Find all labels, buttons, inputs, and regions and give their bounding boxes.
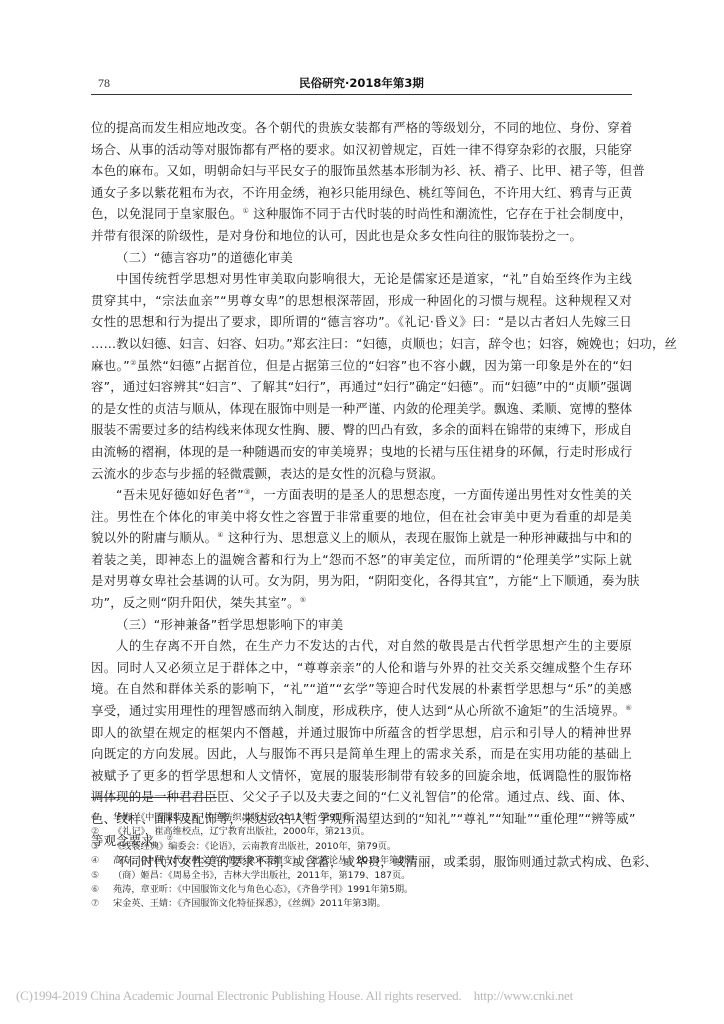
text-line: 中国传统哲学思想对男性审美取向影响很大，无论是儒家还是道家，“礼”自始至终作为主… — [91, 268, 632, 290]
line-text: 并带有很深的阶级性，是对身份和地位的认可，因此也是众多女性向往的服饰装扮之一。 — [91, 228, 582, 243]
line-text: 人的生存离不开自然，在生产力不发达的古代，对自然的敬畏是古代哲学思想产生的主要原 — [116, 638, 632, 653]
line-text: 功”，反之则“阴升阳伏，桀失其室”。 — [91, 595, 300, 610]
line-text: 因。同时人又必须立足于群体之中，“尊尊亲亲”的人伦和谐与外界的社交关系交缠成整个… — [91, 660, 632, 675]
footnote-item: ④高方：《中国古代叙事文学女性形象审美嬗变》，《北方论丛》2013年第2期。 — [91, 854, 632, 868]
footnote-marker: ⑦ — [91, 897, 113, 911]
text-line: 服装不需要过多的结构线来体现女性胸、腰、臀的凹凸有致，多余的面料在锦带的束缚下，… — [91, 419, 632, 441]
footnote-text: 华梅：《中国服装史》，中国纺织出版社，2012年，第91页。 — [113, 812, 359, 823]
text-line: 注。男性在个体化的审美中将女性之容置于非常重要的地位，但在社会审美中更为看重的却… — [91, 506, 632, 528]
footnote-reference[interactable]: ⑥ — [626, 704, 632, 712]
text-line: 场合、从事的活动等对服饰都有严格的要求。如汉初曾规定，百姓一律不得穿杂彩的衣服，… — [91, 139, 632, 161]
line-text: 享受，通过实用理性的理智感而纳入制度，形成秩序，使人达到“从心所欲不逾矩”的生活… — [91, 703, 626, 718]
line-text: 的是女性的贞洁与顺从，体现在服饰中则是一种严谨、内敛的伦理美学。飘逸、柔顺、宽博… — [91, 401, 632, 416]
text-line: 人的生存离不开自然，在生产力不发达的古代，对自然的敬畏是古代哲学思想产生的主要原 — [91, 635, 632, 657]
line-text: （二）“德言容功”的道德化审美 — [116, 250, 293, 265]
line-text: 由流畅的褶裥，体现的是一种随遇而安的审美境界；曳地的长裙与压住裙身的环佩，行走时… — [91, 444, 632, 459]
line-text: 麻也。” — [91, 358, 130, 373]
footnote-divider — [91, 797, 217, 798]
text-line: 的是女性的贞洁与顺从，体现在服饰中则是一种严谨、内敛的伦理美学。飘逸、柔顺、宽博… — [91, 398, 632, 420]
line-text: 贯穿其中，“宗法血亲”“男尊女卑”的思想根深蒂固，形成一种固化的习惯与规程。这种… — [91, 293, 632, 308]
line-text: 境。在自然和群体关系的影响下，“礼”“道”“玄学”等迎合时代发展的朴素哲学思想与… — [91, 681, 632, 696]
text-line: 容”，通过妇容辨其“妇言”、了解其“妇行”，再通过“妇行”确定“妇德”。而“妇德… — [91, 376, 632, 398]
footnote-item: ③《线装经典》编委会：《论语》，云南教育出版社，2010年，第79页。 — [91, 840, 632, 854]
text-line: 享受，通过实用理性的理智感而纳入制度，形成秩序，使人达到“从心所欲不逾矩”的生活… — [91, 700, 632, 722]
footnote-marker: ④ — [91, 854, 113, 868]
text-line: 着装之美，即神态上的温婉含蓄和行为上“怨而不怒”的审美定位，而所谓的“伦理美学”… — [91, 549, 632, 571]
article-body: 位的提高而发生相应地改变。各个朝代的贵族女装都有严格的等级划分，不同的地位、身份… — [91, 117, 632, 873]
line-text: 通女子多以紫花粗布为衣，不许用金绣，袍衫只能用绿色、桃红等间色，不许用大红、鸦青… — [91, 185, 632, 200]
footnote-marker: ② — [91, 825, 113, 839]
text-line: 女性的思想和行为提出了要求，即所谓的“德言容功”。《礼记·昏义》曰：“是以古者妇… — [91, 311, 632, 333]
footnote-reference[interactable]: ③ — [244, 488, 251, 496]
footnote-reference[interactable]: ② — [130, 359, 137, 367]
text-line: 通女子多以紫花粗布为衣，不许用金绣，袍衫只能用绿色、桃红等间色，不许用大红、鸦青… — [91, 182, 632, 204]
text-line: 麻也。”②虽然“妇德”占据首位，但是占据第三位的“妇容”也不容小觑，因为第一印象… — [91, 355, 632, 377]
footnotes: ①华梅：《中国服装史》，中国纺织出版社，2012年，第91页。②《礼记》，崔高维… — [91, 811, 632, 912]
line-text: 虽然“妇德”占据首位，但是占据第三位的“妇容”也不容小觑，因为第一印象是外在的“… — [137, 358, 632, 373]
footnote-text: 高方：《中国古代叙事文学女性形象审美嬗变》，《北方论丛》2013年第2期。 — [113, 855, 422, 866]
line-text: （三）“形神兼备”哲学思想影响下的审美 — [116, 617, 343, 632]
footnote-item: ②《礼记》，崔高维校点，辽宁教育出版社，2000年，第213页。 — [91, 825, 632, 839]
line-text: 容”，通过妇容辨其“妇言”、了解其“妇行”，再通过“妇行”确定“妇德”。而“妇德… — [91, 379, 632, 394]
footnote-item: ⑦宋金英、王婧：《齐国服饰文化特征探悉》，《丝绸》2011年第3期。 — [91, 897, 632, 911]
text-line: 被赋予了更多的哲学思想和人文情怀，宽展的服装形制带有较多的回旋余地，低调隐性的服… — [91, 765, 632, 787]
footnote-marker: ⑤ — [91, 869, 113, 883]
text-line: 色，以免混同于皇家服色。① 这种服饰不同于古代时装的时尚性和潮流性，它存在于社会… — [91, 203, 632, 225]
line-text: 中国传统哲学思想对男性审美取向影响很大，无论是儒家还是道家，“礼”自始至终作为主… — [116, 271, 632, 286]
line-text: 被赋予了更多的哲学思想和人文情怀，宽展的服装形制带有较多的回旋余地，低调隐性的服… — [91, 768, 632, 783]
section-heading: （三）“形神兼备”哲学思想影响下的审美 — [91, 614, 632, 636]
line-text: 貌以外的附庸与顺从。 — [91, 530, 217, 545]
footnote-item: ①华梅：《中国服装史》，中国纺织出版社，2012年，第91页。 — [91, 811, 632, 825]
text-line: 功”，反之则“阴升阳伏，桀失其室”。⑤ — [91, 592, 632, 614]
line-text: 云流水的步态与步摇的轻微震颤，表达的是女性的沉稳与贤淑。 — [91, 466, 444, 481]
text-line: 位的提高而发生相应地改变。各个朝代的贵族女装都有严格的等级划分，不同的地位、身份… — [91, 117, 632, 139]
footnote-reference[interactable]: ⑤ — [300, 596, 306, 604]
line-text: 女性的思想和行为提出了要求，即所谓的“德言容功”。《礼记·昏义》曰：“是以古者妇… — [91, 314, 632, 329]
journal-title: 民俗研究·2018年第3期 — [91, 75, 632, 91]
line-text: ，一方面表明的是圣人的思想态度，一方面传递出男性对女性美的关 — [251, 487, 632, 502]
line-text: ……教以妇德、妇言、妇容、妇功。”郑玄注曰：“妇德，贞顺也；妇言，辞令也；妇容，… — [91, 336, 677, 351]
footnote-marker: ③ — [91, 840, 113, 854]
line-text: 向既定的方向发展。因此，人与服饰不再只是简单生理上的需求关系，而是在实用功能的基… — [91, 746, 632, 761]
text-line: 本色的麻布。又如，明朝命妇与平民女子的服饰虽然基本形制为衫、袄、褙子、比甲、裙子… — [91, 160, 632, 182]
text-line: ……教以妇德、妇言、妇容、妇功。”郑玄注曰：“妇德，贞顺也；妇言，辞令也；妇容，… — [91, 333, 632, 355]
line-text: 是对男尊女卑社会基调的认可。女为阴，男为阳，“阴阳变化，各得其宜”，方能“上下顺… — [91, 573, 640, 588]
text-line: 貌以外的附庸与顺从。④ 这种行为、思想意义上的顺从，表现在服饰上就是一种形神藏拙… — [91, 527, 632, 549]
text-line: 境。在自然和群体关系的影响下，“礼”“道”“玄学”等迎合时代发展的朴素哲学思想与… — [91, 678, 632, 700]
line-text: 注。男性在个体化的审美中将女性之容置于非常重要的地位，但在社会审美中更为看重的却… — [91, 509, 632, 524]
footnote-item: ⑤（商）姬昌：《周易全书》，吉林大学出版社，2011年，第179、187页。 — [91, 869, 632, 883]
text-line: 即人的欲望在规定的框架内不僭越，并通过服饰中所蕴含的哲学思想，启示和引导人的精神… — [91, 722, 632, 744]
footnote-marker: ① — [91, 811, 113, 825]
footnote-text: 苑涛，章亚昕：《中国服饰文化与角色心态》，《齐鲁学刊》1991年第5期。 — [113, 884, 413, 895]
line-text: 这种服饰不同于古代时装的时尚性和潮流性，它存在于社会制度中， — [249, 206, 632, 221]
copyright-notice: (C)1994-2019 China Academic Journal Elec… — [16, 988, 573, 1004]
line-text: “吾未见好德如好色者” — [116, 487, 244, 502]
text-line: 云流水的步态与步摇的轻微震颤，表达的是女性的沉稳与贤淑。 — [91, 463, 632, 485]
text-line: 贯穿其中，“宗法血亲”“男尊女卑”的思想根深蒂固，形成一种固化的习惯与规程。这种… — [91, 290, 632, 312]
text-line: 向既定的方向发展。因此，人与服饰不再只是简单生理上的需求关系，而是在实用功能的基… — [91, 743, 632, 765]
line-text: 位的提高而发生相应地改变。各个朝代的贵族女装都有严格的等级划分，不同的地位、身份… — [91, 120, 632, 135]
line-text: 服装不需要过多的结构线来体现女性胸、腰、臀的凹凸有致，多余的面料在锦带的束缚下，… — [91, 422, 632, 437]
text-line: 并带有很深的阶级性，是对身份和地位的认可，因此也是众多女性向往的服饰装扮之一。 — [91, 225, 632, 247]
line-text: 场合、从事的活动等对服饰都有严格的要求。如汉初曾规定，百姓一律不得穿杂彩的衣服，… — [91, 142, 632, 157]
line-text: 本色的麻布。又如，明朝命妇与平民女子的服饰虽然基本形制为衫、袄、褙子、比甲、裙子… — [91, 163, 645, 178]
line-text: 即人的欲望在规定的框架内不僭越，并通过服饰中所蕴含的哲学思想，启示和引导人的精神… — [91, 725, 632, 740]
footnote-text: （商）姬昌：《周易全书》，吉林大学出版社，2011年，第179、187页。 — [113, 870, 410, 881]
running-header: 78 民俗研究·2018年第3期 — [91, 72, 632, 95]
footnote-text: 宋金英、王婧：《齐国服饰文化特征探悉》，《丝绸》2011年第3期。 — [113, 898, 386, 909]
section-heading: （二）“德言容功”的道德化审美 — [91, 247, 632, 269]
text-line: “吾未见好德如好色者”③，一方面表明的是圣人的思想态度，一方面传递出男性对女性美… — [91, 484, 632, 506]
footnote-text: 《礼记》，崔高维校点，辽宁教育出版社，2000年，第213页。 — [113, 826, 370, 837]
line-text: 这种行为、思想意义上的顺从，表现在服饰上就是一种形神藏拙与中和的 — [224, 530, 632, 545]
footnote-marker: ⑥ — [91, 883, 113, 897]
footnote-text: 《线装经典》编委会：《论语》，云南教育出版社，2010年，第79页。 — [113, 841, 396, 852]
line-text: 着装之美，即神态上的温婉含蓄和行为上“怨而不怒”的审美定位，而所谓的“伦理美学”… — [91, 552, 632, 567]
text-line: 因。同时人又必须立足于群体之中，“尊尊亲亲”的人伦和谐与外界的社交关系交缠成整个… — [91, 657, 632, 679]
line-text: 色，以免混同于皇家服色。 — [91, 206, 243, 221]
footnote-item: ⑥苑涛，章亚昕：《中国服饰文化与角色心态》，《齐鲁学刊》1991年第5期。 — [91, 883, 632, 897]
text-line: 是对男尊女卑社会基调的认可。女为阴，男为阳，“阴阳变化，各得其宜”，方能“上下顺… — [91, 570, 632, 592]
text-line: 由流畅的褶裥，体现的是一种随遇而安的审美境界；曳地的长裙与压住裙身的环佩，行走时… — [91, 441, 632, 463]
